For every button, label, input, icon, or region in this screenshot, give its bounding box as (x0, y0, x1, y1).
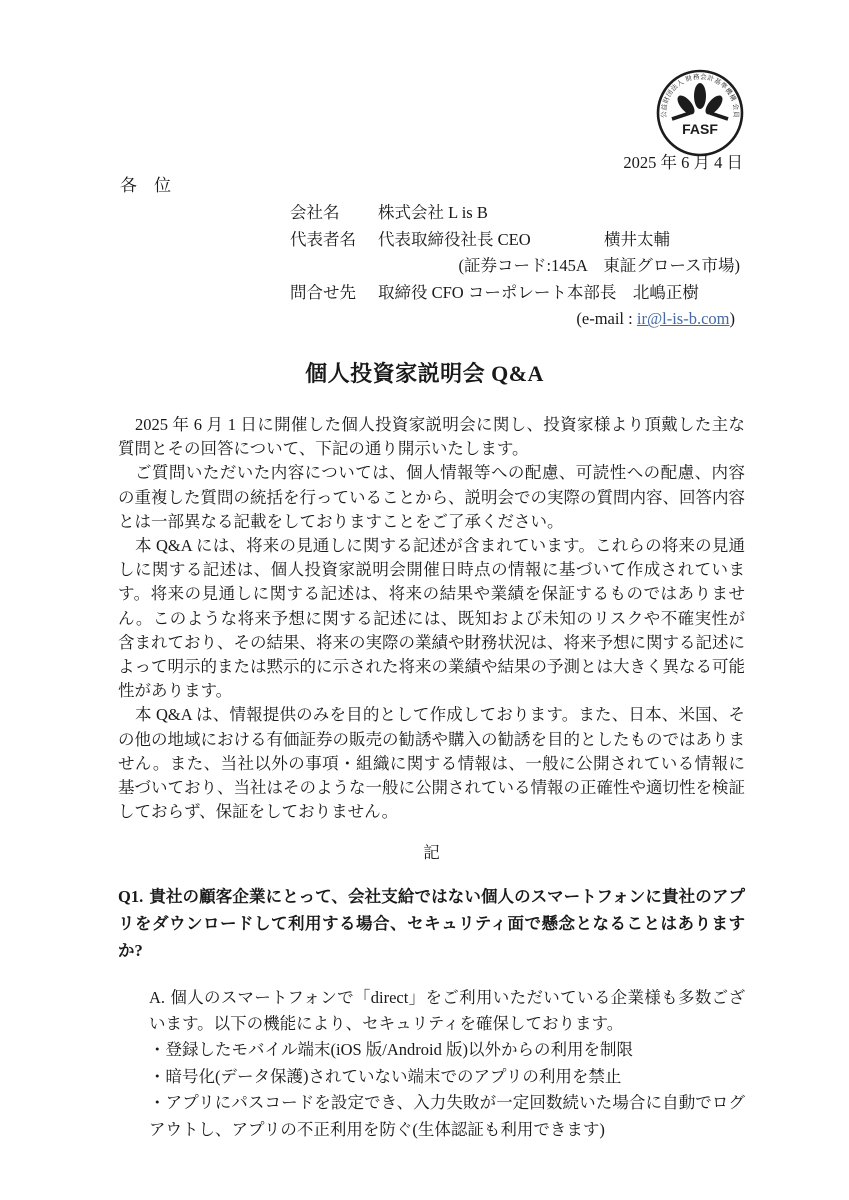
fasf-stamp: 公益財団法人 財務会計基準機構 会員 FASF (655, 68, 745, 158)
answer-1-bullet-2: ・暗号化(データ保護)されていない端末でのアプリの利用を禁止 (149, 1064, 745, 1090)
question-1-label: Q1. (118, 887, 143, 906)
representative-name: 横井太輔 (604, 227, 746, 254)
question-1: Q1.貴社の顧客企業にとって、会社支給ではない個人のスマートフォンに貴社のアプリ… (118, 883, 745, 964)
fasf-logo-graphic: 公益財団法人 財務会計基準機構 会員 FASF (655, 68, 745, 158)
email-link[interactable]: ir@l-is-b.com (637, 309, 730, 328)
email-prefix: (e-mail : (576, 309, 636, 328)
email-suffix: ) (730, 309, 736, 328)
email-line: (e-mail : ir@l-is-b.com) (290, 306, 746, 333)
salutation: 各 位 (120, 174, 171, 198)
contact-row: 問合せ先 取締役 CFO コーポレート本部長 北嶋正樹 (290, 280, 746, 307)
company-name-label: 会社名 (290, 200, 378, 227)
intro-paragraph: 2025 年 6 月 1 日に開催した個人投資家説明会に関し、投資家様より頂戴し… (118, 413, 745, 461)
company-name-value: 株式会社 L is B (378, 200, 488, 227)
fasf-acronym: FASF (682, 121, 718, 137)
answer-1-bullet-1: ・登録したモバイル端末(iOS 版/Android 版)以外からの利用を制限 (149, 1037, 745, 1063)
answer-1-label: A. (149, 988, 165, 1007)
document-body: 2025 年 6 月 1 日に開催した個人投資家説明会に関し、投資家様より頂戴し… (118, 413, 745, 1143)
answer-1-text: 個人のスマートフォンで「direct」をご利用いただいている企業様も多数ございま… (149, 988, 745, 1033)
record-marker: 記 (118, 841, 745, 865)
document-date: 2025 年 6 月 4 日 (623, 151, 743, 175)
representative-label: 代表者名 (290, 227, 378, 254)
stock-code-line: (証券コード:145A 東証グロース市場) (290, 253, 746, 280)
document-page: 公益財団法人 財務会計基準機構 会員 FASF 2025 年 6 月 4 日 各… (0, 0, 849, 1200)
answer-1-intro: A.個人のスマートフォンで「direct」をご利用いただいている企業様も多数ござ… (149, 985, 745, 1038)
company-name-row: 会社名 株式会社 L is B (290, 200, 746, 227)
contact-value: 取締役 CFO コーポレート本部長 北嶋正樹 (378, 280, 699, 307)
representative-title: 代表取締役社長 CEO (378, 227, 531, 254)
answer-1-bullet-3: ・アプリにパスコードを設定でき、入力失敗が一定回数続いた場合に自動でログアウトし… (149, 1090, 745, 1143)
question-1-text: 貴社の顧客企業にとって、会社支給ではない個人のスマートフォンに貴社のアプリをダウ… (118, 887, 745, 960)
contact-label: 問合せ先 (290, 280, 378, 307)
answer-1: A.個人のスマートフォンで「direct」をご利用いただいている企業様も多数ござ… (149, 985, 745, 1143)
representative-row: 代表者名 代表取締役社長 CEO 横井太輔 (290, 227, 746, 254)
page-title: 個人投資家説明会 Q&A (0, 357, 849, 388)
forward-looking-paragraph: 本 Q&A には、将来の見通しに関する記述が含まれています。これらの将来の見通し… (118, 534, 745, 703)
disclaimer-paragraph: 本 Q&A は、情報提供のみを目的として作成しております。また、日本、米国、その… (118, 703, 745, 824)
note-paragraph: ご質問いただいた内容については、個人情報等への配慮、可読性への配慮、内容の重複し… (118, 461, 745, 534)
company-info-block: 会社名 株式会社 L is B 代表者名 代表取締役社長 CEO 横井太輔 (証… (290, 200, 746, 333)
